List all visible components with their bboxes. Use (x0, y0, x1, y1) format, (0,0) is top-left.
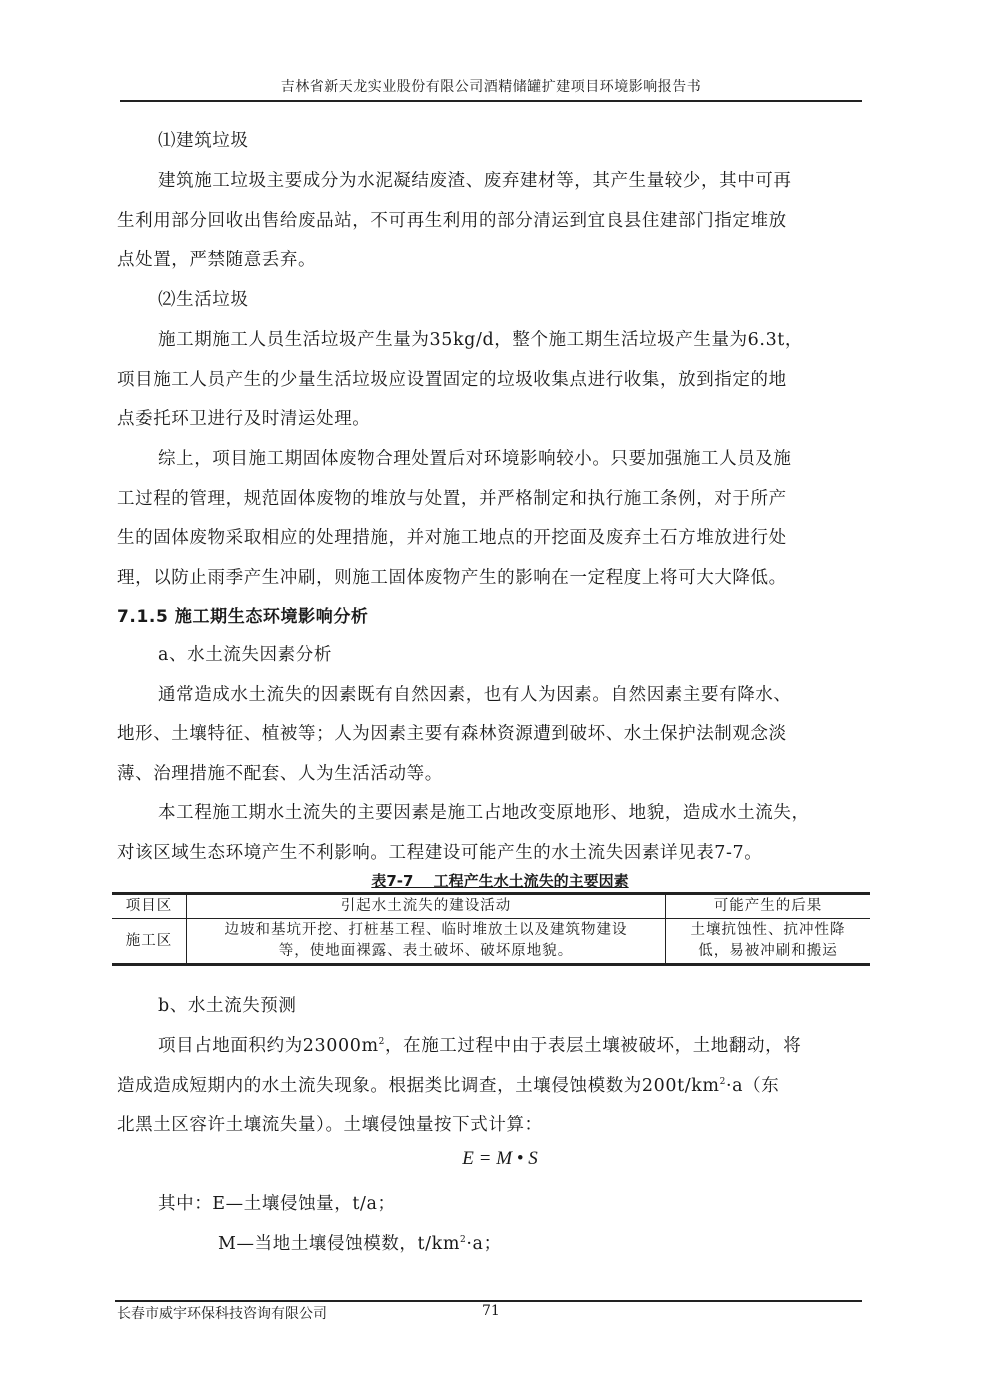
paragraph-line: 北黑土区容许土壤流失量）。土壤侵蚀量按下式计算： (117, 1111, 543, 1136)
paragraph-line: 建筑施工垃圾主要成分为水泥凝结废渣、废弃建材等，其产生量较少，其中可再 (158, 167, 792, 192)
erosion-formula: E = M • S (0, 1148, 1000, 1170)
column-header: 项目区 (112, 894, 187, 919)
paragraph-line: 项目占地面积约为23000m2，在施工过程中由于表层土壤被破坏，土地翻动，将 (158, 1032, 801, 1057)
subsection-title-a: a、水土流失因素分析 (158, 641, 332, 666)
paragraph-line: 对该区域生态环境产生不利影响。工程建设可能产生的水土流失因素详见表7-7。 (117, 839, 762, 864)
paragraph-line: 施工期施工人员生活垃圾产生量为35kg/d，整个施工期生活垃圾产生量为6.3t， (158, 326, 803, 351)
paragraph-line: 理，以防止雨季产生冲刷，则施工固体废物产生的影响在一定程度上将可大大降低。 (117, 564, 787, 589)
header-rule (120, 100, 862, 102)
table-caption: 表7-7 工程产生水土流失的主要因素 (0, 870, 1000, 891)
table-row: 施工区 边坡和基坑开挖、打桩基工程、临时堆放土以及建筑物建设 等，使地面裸露、表… (112, 919, 870, 965)
table-cell-area: 施工区 (112, 919, 187, 965)
paragraph-line: 点委托环卫进行及时清运处理。 (117, 405, 370, 430)
subsection-title-construction-waste: ⑴建筑垃圾 (158, 127, 249, 152)
paragraph-line: 点处置，严禁随意丢弃。 (117, 246, 316, 271)
table-cell-consequence: 土壤抗蚀性、抗冲性降 低，易被冲刷和搬运 (666, 919, 871, 965)
paragraph-line: 通常造成水土流失的因素既有自然因素，也有人为因素。自然因素主要有降水、 (158, 681, 792, 706)
formula-definition-m: M—当地土壤侵蚀模数，t/km2·a； (218, 1230, 502, 1255)
subsection-title-domestic-waste: ⑵生活垃圾 (158, 286, 249, 311)
paragraph-line: 造成造成短期内的水土流失现象。根据类比调查，土壤侵蚀模数为200t/km2·a（… (117, 1072, 779, 1097)
page-header-title: 吉林省新天龙实业股份有限公司酒精储罐扩建项目环境影响报告书 (120, 76, 862, 96)
column-header: 引起水土流失的建设活动 (187, 894, 666, 919)
footer-company: 长春市威宇环保科技咨询有限公司 (117, 1303, 327, 1323)
page-number: 71 (482, 1303, 500, 1319)
table-header-row: 项目区 引起水土流失的建设活动 可能产生的后果 (112, 894, 870, 919)
cell-line: 等，使地面裸露、表土破坏、破坏原地貌。 (191, 941, 661, 962)
paragraph-line: 薄、治理措施不配套、人为生活活动等。 (117, 760, 443, 785)
paragraph-line: 生的固体废物采取相应的处理措施，并对施工地点的开挖面及废弃土石方堆放进行处 (117, 524, 787, 549)
paragraph-line: 项目施工人员产生的少量生活垃圾应设置固定的垃圾收集点进行收集，放到指定的地 (117, 366, 787, 391)
cell-line: 低，易被冲刷和搬运 (670, 941, 866, 962)
formula-definition-e: 其中：E—土壤侵蚀量，t/a； (158, 1190, 396, 1215)
table-cell-activity: 边坡和基坑开挖、打桩基工程、临时堆放土以及建筑物建设 等，使地面裸露、表土破坏、… (187, 919, 666, 965)
paragraph-line: 本工程施工期水土流失的主要因素是施工占地改变原地形、地貌，造成水土流失， (158, 799, 810, 824)
footer-rule (115, 1300, 862, 1302)
paragraph-line: 综上，项目施工期固体废物合理处置后对环境影响较小。只要加强施工人员及施 (158, 445, 792, 470)
cell-line: 土壤抗蚀性、抗冲性降 (670, 920, 866, 941)
column-header: 可能产生的后果 (666, 894, 871, 919)
subsection-title-b: b、水土流失预测 (158, 992, 297, 1017)
section-heading: 7.1.5 施工期生态环境影响分析 (117, 602, 369, 627)
erosion-factors-table: 项目区 引起水土流失的建设活动 可能产生的后果 施工区 边坡和基坑开挖、打桩基工… (112, 892, 870, 966)
paragraph-line: 生利用部分回收出售给废品站，不可再生利用的部分清运到宜良县住建部门指定堆放 (117, 207, 787, 232)
cell-line: 边坡和基坑开挖、打桩基工程、临时堆放土以及建筑物建设 (191, 920, 661, 941)
paragraph-line: 工过程的管理，规范固体废物的堆放与处置，并严格制定和执行施工条例，对于所产 (117, 485, 787, 510)
paragraph-line: 地形、土壤特征、植被等；人为因素主要有森林资源遭到破坏、水土保护法制观念淡 (117, 720, 787, 745)
